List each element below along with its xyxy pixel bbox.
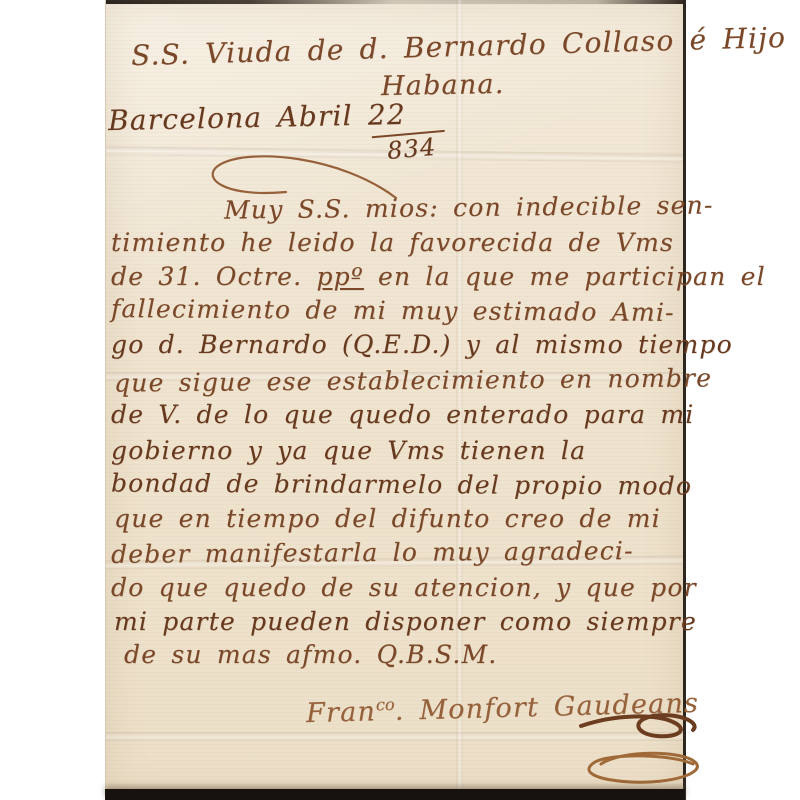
- date-year: 834: [372, 130, 448, 166]
- letter-sheet: S.S. Viuda de d. Bernardo Collaso é Hijo…: [105, 0, 686, 800]
- letter-photograph: S.S. Viuda de d. Bernardo Collaso é Hijo…: [0, 0, 800, 800]
- body-line-10: que en tiempo del difunto creo de mi: [114, 504, 661, 533]
- signature-superscript: co: [376, 695, 395, 714]
- body-line-9: bondad de brindarmelo del propio modo: [111, 468, 692, 500]
- body-line-6: que sigue ese establecimiento en nombre: [114, 363, 712, 397]
- body-line-13: mi parte pueden disponer como siempre: [114, 607, 697, 636]
- body-line-7: de V. de lo que quedo enterado para mi: [111, 400, 694, 429]
- body-line-3-post: en la que me participan el: [364, 262, 766, 291]
- address-line: S.S. Viuda de d. Bernardo Collaso é Hijo: [131, 21, 787, 72]
- signature-rubric-flourish: [561, 712, 711, 792]
- body-line-3-underlined: ppº: [316, 262, 363, 291]
- body-line-2: timiento he leido la favorecida de Vms: [111, 228, 674, 257]
- signature-line: Franco. Monfort Gaudeans: [306, 687, 700, 729]
- body-line-1: Muy S.S. mios: con indecible sen-: [224, 190, 714, 224]
- body-line-3: de 31. Octre. ppº en la que me participa…: [111, 262, 766, 291]
- dateline: Barcelona Abril 22: [108, 98, 407, 137]
- body-line-12: do que quedo de su atencion, y que por: [111, 573, 697, 602]
- sheet-bottom-edge: [105, 789, 685, 800]
- fold-crease: [106, 732, 683, 741]
- sheet-top-edge: [106, 0, 683, 4]
- body-line-5: go d. Bernardo (Q.E.D.) y al mismo tiemp…: [111, 330, 733, 359]
- body-line-4: fallecimiento de mi muy estimado Ami-: [111, 294, 675, 327]
- signature-pre: Fran: [306, 696, 377, 729]
- body-line-11: deber manifestarla lo muy agradeci-: [111, 536, 634, 569]
- body-line-8: gobierno y ya que Vms tienen la: [111, 436, 586, 465]
- body-line-3-pre: de 31. Octre.: [111, 262, 316, 291]
- closing-line: de su mas afmo. Q.B.S.M.: [124, 640, 497, 669]
- signature-post: . Monfort Gaudeans: [394, 688, 699, 727]
